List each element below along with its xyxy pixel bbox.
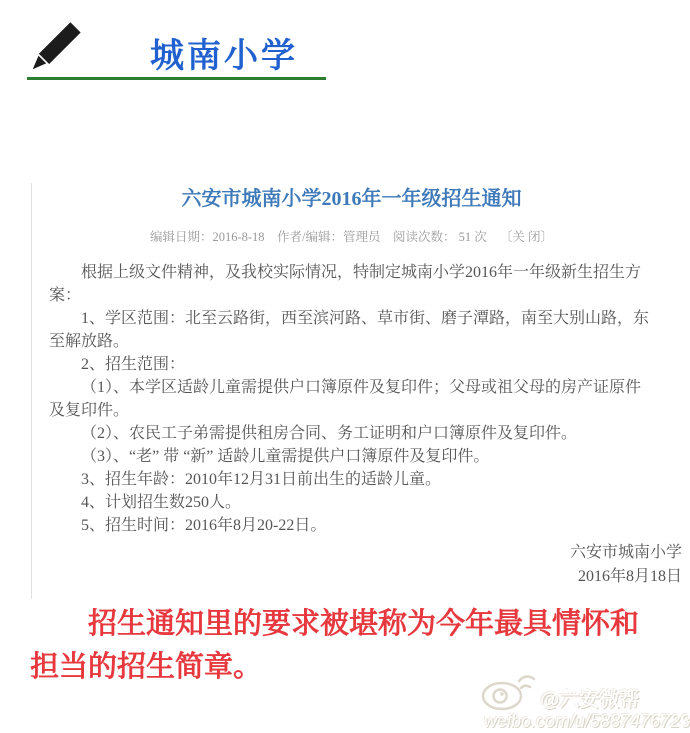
post-header: 城南小学 (0, 14, 340, 76)
weibo-eye-icon (478, 669, 538, 713)
notice-signature: 六安市城南小学2016年8月18日 (49, 541, 682, 589)
notice-body: 根据上级文件精神，及我校实际情况，特制定城南小学2016年一年级新生招生方案：1… (49, 261, 654, 537)
notice-paragraph: （1）、本学区适龄儿童需提供户口簿原件及复印件；父母或祖父母的房产证原件及复印件… (49, 376, 654, 422)
notice-title: 六安市城南小学2016年一年级招生通知 (49, 185, 654, 213)
close-link[interactable]: 〔关 闭〕 (500, 230, 553, 244)
notice-paragraph: （3）、“老” 带 “新” 适龄儿童需提供户口簿原件及复印件。 (49, 445, 654, 468)
notice-document: 六安市城南小学2016年一年级招生通知 编辑日期：2016-8-18 作者/编辑… (31, 183, 689, 599)
weibo-watermark: @六安微帮 weibo.com/u/5887476723 (470, 667, 690, 733)
signature-line: 六安市城南小学 (49, 541, 682, 565)
signature-line: 2016年8月18日 (49, 565, 682, 589)
notice-paragraph: 5、招生时间：2016年8月20-22日。 (49, 514, 654, 537)
notice-paragraph: 2、招生范围： (49, 353, 654, 376)
pencil-icon (24, 18, 82, 76)
notice-paragraph: 1、学区范围：北至云路街，西至滨河路、草市街、磨子潭路，南至大别山路，东至解放路… (49, 307, 654, 353)
header-underline (27, 77, 326, 80)
school-name-title: 城南小学 (150, 28, 298, 77)
notice-meta-info: 编辑日期：2016-8-18 作者/编辑：管理员 阅读次数： 51 次 (150, 230, 487, 244)
weibo-post-image: 城南小学 六安市城南小学2016年一年级招生通知 编辑日期：2016-8-18 … (0, 0, 690, 733)
notice-paragraph: （2）、农民工子弟需提供租房合同、务工证明和户口簿原件及复印件。 (49, 422, 654, 445)
weibo-handle: @六安微帮 (540, 683, 640, 712)
notice-paragraph: 3、招生年龄：2010年12月31日前出生的适龄儿童。 (49, 468, 654, 491)
notice-paragraph: 4、计划招生数250人。 (49, 491, 654, 514)
notice-paragraph: 根据上级文件精神，及我校实际情况，特制定城南小学2016年一年级新生招生方案： (49, 261, 654, 307)
weibo-url: weibo.com/u/5887476723 (484, 711, 690, 732)
notice-meta: 编辑日期：2016-8-18 作者/编辑：管理员 阅读次数： 51 次 〔关 闭… (49, 227, 654, 247)
